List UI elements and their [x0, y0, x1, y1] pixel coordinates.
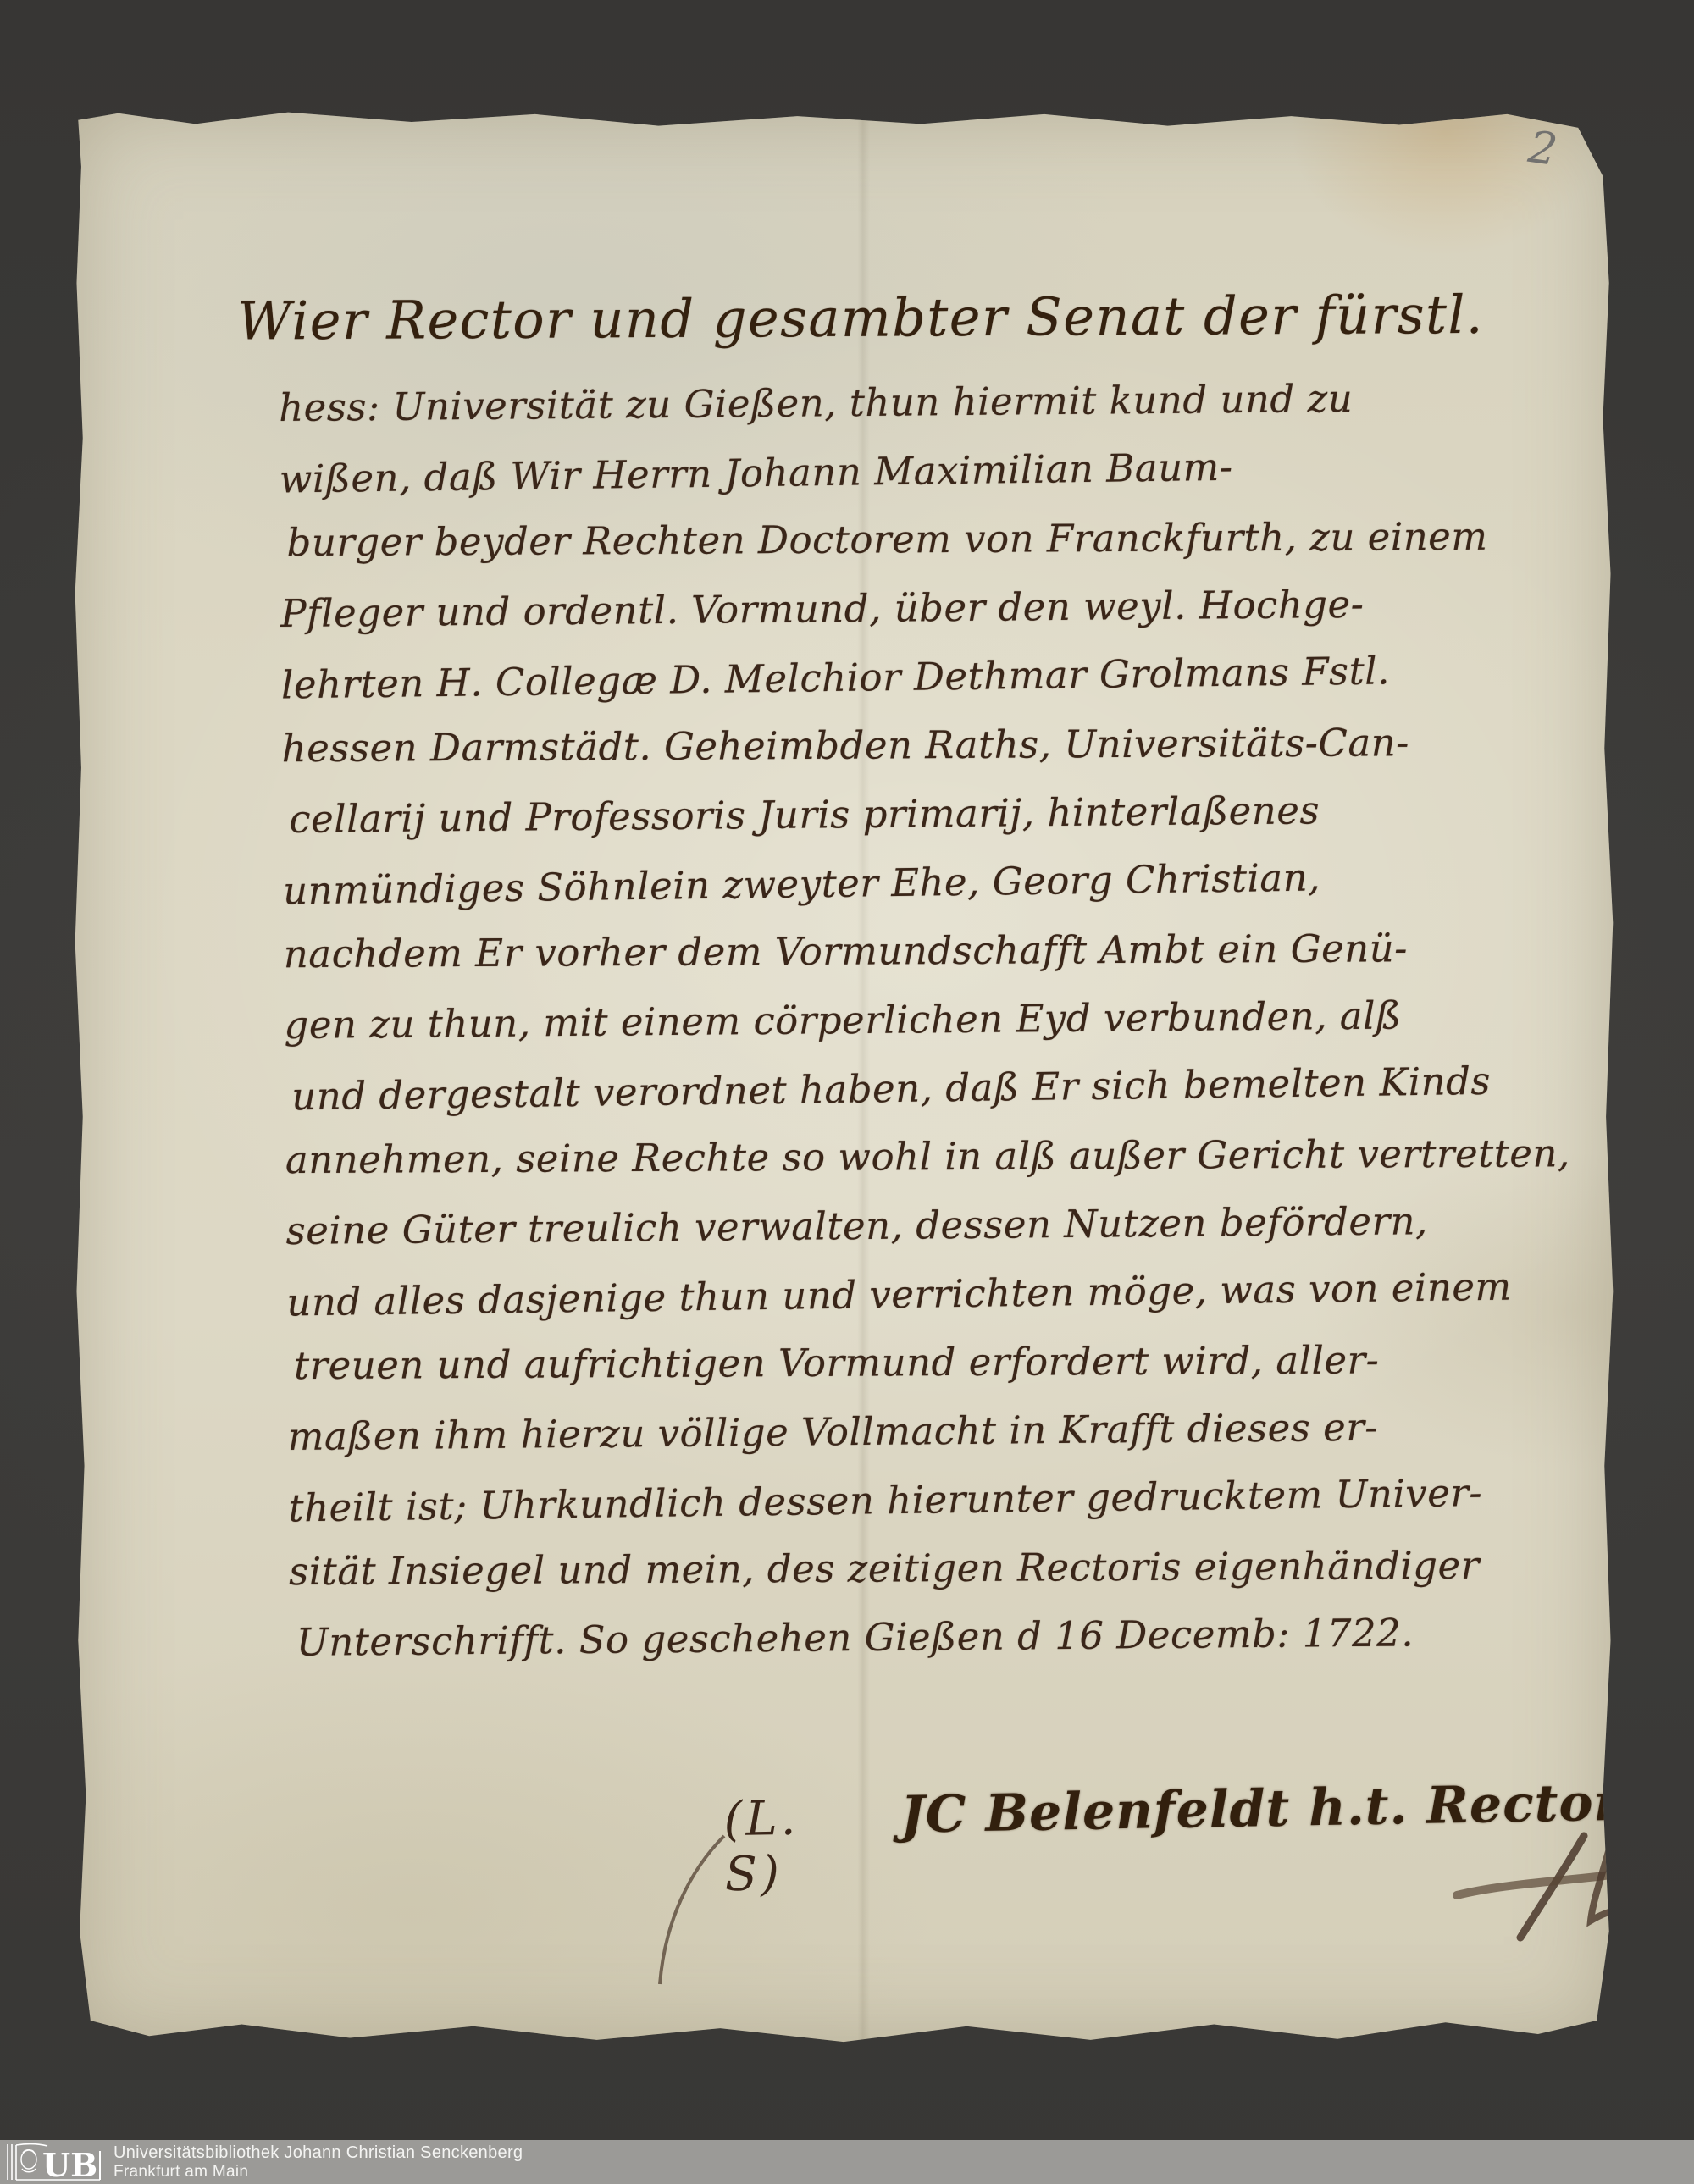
seal-flourish-stroke	[631, 1827, 750, 1997]
manuscript-text-block: Wier Rector und gesambter Senat der fürs…	[278, 262, 1645, 1677]
library-footer-bar: UB Universitätsbibliothek Johann Christi…	[0, 2140, 1694, 2184]
manuscript-line: burger beyder Rechten Doctorem von Franc…	[286, 501, 1635, 577]
institution-name: Universitätsbibliothek Johann Christian …	[113, 2143, 523, 2163]
manuscript-line: annehmen, seine Rechte so wohl in alß au…	[285, 1119, 1641, 1194]
ub-library-logo: UB	[5, 2143, 105, 2181]
manuscript-paper: 2 Wier Rector und gesambter Senat der fü…	[72, 108, 1615, 2048]
manuscript-line: treuen und aufrichtigen Vormund erforder…	[294, 1324, 1642, 1400]
manuscript-line: nachdem Er vorher dem Vormundschafft Amb…	[284, 913, 1639, 988]
scan-background: 2 Wier Rector und gesambter Senat der fü…	[0, 0, 1694, 2184]
manuscript-line: Wier Rector und gesambter Senat der fürs…	[237, 264, 1634, 372]
manuscript-line: sität Insiegel und mein, des zeitigen Re…	[289, 1530, 1644, 1606]
manuscript-line: hessen Darmstädt. Geheimbden Raths, Univ…	[281, 707, 1636, 782]
ub-logo-text: UB	[42, 2146, 97, 2181]
footer-text-block: Universitätsbibliothek Johann Christian …	[113, 2143, 523, 2181]
portrait-icon	[21, 2150, 36, 2172]
signature-paraph-icon	[1440, 1832, 1694, 1950]
red-edge-mark	[1669, 1417, 1687, 1428]
manuscript-line: Unterschrifft. So geschehen Gießen d 16 …	[296, 1596, 1646, 1677]
institution-location: Frankfurt am Main	[113, 2163, 523, 2181]
folio-number-pencil: 2	[1525, 122, 1560, 176]
ink-blot	[634, 2035, 700, 2065]
